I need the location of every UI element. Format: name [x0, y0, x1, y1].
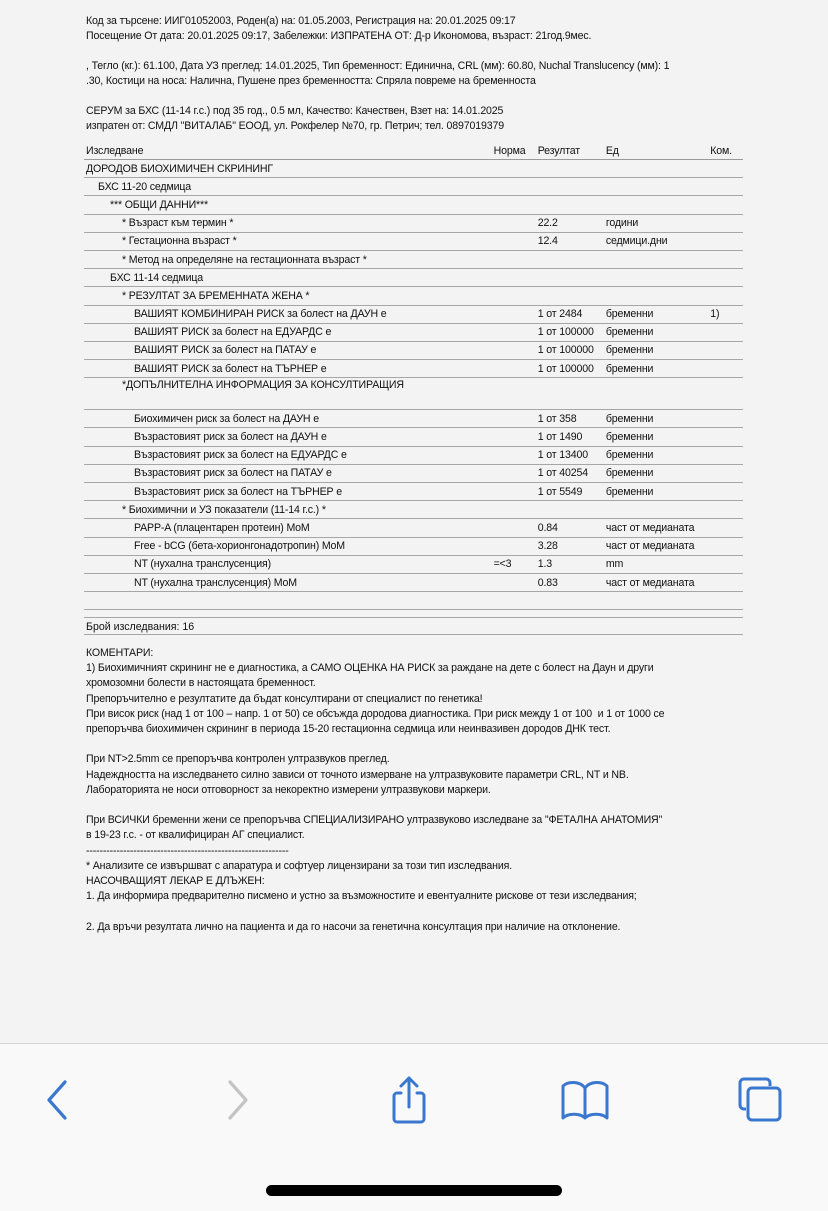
- cell-result: 0.83: [536, 573, 604, 591]
- table-row: ВАШИЯТ КОМБИНИРАН РИСК за болест на ДАУН…: [84, 305, 743, 323]
- cell-norm: [492, 446, 536, 464]
- cell-unit: бременни: [604, 341, 708, 359]
- cell-norm: [492, 428, 536, 446]
- results-table: Изследване Норма Резултат Ед Ком. ДОРОДО…: [84, 142, 743, 610]
- table-row: Възрастовият риск за болест на ДАУН е1 о…: [84, 428, 743, 446]
- comments-section: КОМЕНТАРИ:1) Биохимичният скрининг не е …: [86, 646, 664, 935]
- chevron-right-icon: [222, 1079, 252, 1121]
- table-row: NT (нухална транслусенция) MoM0.83част о…: [84, 573, 743, 591]
- cell-norm: [492, 464, 536, 482]
- cell-result: [536, 196, 604, 214]
- cell-test-name: Възрастовият риск за болест на ПАТАУ е: [84, 464, 492, 482]
- cell-unit: [604, 160, 708, 178]
- cell-norm: [492, 378, 536, 410]
- table-row: Възрастовият риск за болест на ЕДУАРДС е…: [84, 446, 743, 464]
- cell-unit: [604, 501, 708, 519]
- cell-norm: [492, 269, 536, 287]
- cell-test-name: * Гестационна възраст *: [84, 232, 492, 250]
- cell-test-name: ВАШИЯТ РИСК за болест на ПАТАУ е: [84, 341, 492, 359]
- cell-norm: [492, 250, 536, 268]
- forward-button[interactable]: [207, 1074, 267, 1126]
- share-button[interactable]: [379, 1074, 439, 1126]
- cell-unit: част от медианата: [604, 537, 708, 555]
- table-row: ВАШИЯТ РИСК за болест на ПАТАУ е1 от 100…: [84, 341, 743, 359]
- cell-result: 1 от 40254: [536, 464, 604, 482]
- cell-unit: [604, 178, 708, 196]
- cell-norm: [492, 341, 536, 359]
- cell-comment: [708, 555, 743, 573]
- table-header-row: Изследване Норма Резултат Ед Ком.: [84, 142, 743, 160]
- comment-line: 1) Биохимичният скрининг не е диагностик…: [86, 661, 664, 676]
- share-icon: [387, 1075, 431, 1125]
- cell-test-name: Възрастовият риск за болест на ЕДУАРДС е: [84, 446, 492, 464]
- cell-comment: [708, 464, 743, 482]
- cell-norm: [492, 305, 536, 323]
- header-ultrasound-line-cont: .30, Костици на носа: Налична, Пушене пр…: [86, 74, 536, 89]
- cell-comment: [708, 446, 743, 464]
- cell-result: [536, 250, 604, 268]
- cell-unit: бременни: [604, 305, 708, 323]
- cell-result: [536, 287, 604, 305]
- cell-norm: [492, 360, 536, 378]
- table-row: * РЕЗУЛТАТ ЗА БРЕМЕННАТА ЖЕНА *: [84, 287, 743, 305]
- cell-comment: [708, 501, 743, 519]
- cell-unit: бременни: [604, 464, 708, 482]
- cell-comment: [708, 160, 743, 178]
- comment-line: При висок риск (над 1 от 100 – напр. 1 о…: [86, 707, 664, 722]
- table-row: PAPP-A (плацентарен протеин) MoM0.84част…: [84, 519, 743, 537]
- cell-unit: бременни: [604, 446, 708, 464]
- cell-norm: [492, 573, 536, 591]
- cell-test-name: * Метод на определяне на гестационната в…: [84, 250, 492, 268]
- cell-comment: [708, 519, 743, 537]
- cell-unit: седмици.дни: [604, 232, 708, 250]
- cell-norm: [492, 196, 536, 214]
- cell-result: 1 от 358: [536, 410, 604, 428]
- comment-line: 1. Да информира предварително писмено и …: [86, 889, 664, 904]
- comment-line: ----------------------------------------…: [86, 844, 664, 859]
- cell-test-name: ВАШИЯТ КОМБИНИРАН РИСК за болест на ДАУН…: [84, 305, 492, 323]
- comment-line: При ВСИЧКИ бременни жени се препоръчва С…: [86, 813, 664, 828]
- cell-result: 1 от 100000: [536, 323, 604, 341]
- cell-test-name: Free - bCG (бета-хорионгонадотропин) MoM: [84, 537, 492, 555]
- cell-comment: [708, 196, 743, 214]
- tabs-icon: [736, 1077, 784, 1123]
- cell-norm: [492, 160, 536, 178]
- header-ultrasound-line: , Тегло (кг.): 61.100, Дата УЗ преглед: …: [86, 59, 669, 74]
- cell-comment: [708, 323, 743, 341]
- comment-line: [86, 798, 664, 813]
- cell-norm: [492, 501, 536, 519]
- cell-norm: [492, 483, 536, 501]
- comment-line: хромозомни болести в настоящата бременно…: [86, 676, 664, 691]
- cell-unit: [604, 250, 708, 268]
- table-row: Free - bCG (бета-хорионгонадотропин) MoM…: [84, 537, 743, 555]
- cell-result: 1 от 13400: [536, 446, 604, 464]
- comment-line: * Анализите се извършват с апаратура и с…: [86, 859, 664, 874]
- cell-result: 1 от 100000: [536, 341, 604, 359]
- cell-unit: [604, 287, 708, 305]
- comment-line: [86, 904, 664, 919]
- cell-test-name: ВАШИЯТ РИСК за болест на ЕДУАРДС е: [84, 323, 492, 341]
- cell-norm: [492, 537, 536, 555]
- bookmarks-button[interactable]: [555, 1074, 615, 1126]
- sample-info-line: СЕРУМ за БХС (11-14 г.с.) под 35 год., 0…: [86, 104, 503, 119]
- cell-result: 1 от 1490: [536, 428, 604, 446]
- table-row: * Биохимични и УЗ показатели (11-14 г.с.…: [84, 501, 743, 519]
- cell-norm: [492, 232, 536, 250]
- cell-unit: бременни: [604, 323, 708, 341]
- table-row: * Гестационна възраст *12.4седмици.дни: [84, 232, 743, 250]
- comment-line: Препоръчително е резултатите да бъдат ко…: [86, 692, 664, 707]
- cell-test-name: ДОРОДОВ БИОХИМИЧЕН СКРИНИНГ: [84, 160, 492, 178]
- cell-test-name: * РЕЗУЛТАТ ЗА БРЕМЕННАТА ЖЕНА *: [84, 287, 492, 305]
- table-row: БХС 11-20 седмица: [84, 178, 743, 196]
- table-row: *ДОПЪЛНИТЕЛНА ИНФОРМАЦИЯ ЗА КОНСУЛТИРАЩИ…: [84, 378, 743, 410]
- tabs-button[interactable]: [730, 1074, 790, 1126]
- table-row: * Възраст към термин *22.2години: [84, 214, 743, 232]
- test-count: Брой изследвания: 16: [84, 617, 743, 635]
- cell-unit: [604, 269, 708, 287]
- cell-norm: [492, 410, 536, 428]
- table-row: Биохимичен риск за болест на ДАУН е1 от …: [84, 410, 743, 428]
- cell-test-name: *** ОБЩИ ДАННИ***: [84, 196, 492, 214]
- chevron-left-icon: [43, 1079, 73, 1121]
- table-row: ВАШИЯТ РИСК за болест на ТЪРНЕР е1 от 10…: [84, 360, 743, 378]
- table-row-empty: [84, 592, 743, 610]
- cell-comment: [708, 537, 743, 555]
- results-table-body: ДОРОДОВ БИОХИМИЧЕН СКРИНИНГБХС 11-20 сед…: [84, 160, 743, 610]
- cell-result: 1 от 100000: [536, 360, 604, 378]
- cell-unit: [604, 196, 708, 214]
- table-row: Възрастовият риск за болест на ПАТАУ е1 …: [84, 464, 743, 482]
- sender-info-line: изпратен от: СМДЛ "ВИТАЛАБ" ЕООД, ул. Ро…: [86, 119, 504, 134]
- book-icon: [560, 1079, 610, 1121]
- col-header-norm: Норма: [492, 142, 536, 160]
- cell-norm: [492, 519, 536, 537]
- table-row: ДОРОДОВ БИОХИМИЧЕН СКРИНИНГ: [84, 160, 743, 178]
- cell-comment: [708, 250, 743, 268]
- cell-comment: [708, 378, 743, 410]
- cell-test-name: NT (нухална транслусенция): [84, 555, 492, 573]
- col-header-comment: Ком.: [708, 142, 743, 160]
- empty-cell: [84, 592, 743, 610]
- cell-unit: бременни: [604, 428, 708, 446]
- cell-comment: [708, 410, 743, 428]
- table-row: NT (нухална транслусенция)=<31.3mm: [84, 555, 743, 573]
- cell-comment: 1): [708, 305, 743, 323]
- cell-test-name: Възрастовият риск за болест на ДАУН е: [84, 428, 492, 446]
- col-header-unit: Ед: [604, 142, 708, 160]
- cell-test-name: * Възраст към термин *: [84, 214, 492, 232]
- col-header-result: Резултат: [536, 142, 604, 160]
- back-button[interactable]: [28, 1074, 88, 1126]
- cell-norm: [492, 323, 536, 341]
- cell-result: [536, 378, 604, 410]
- table-row: *** ОБЩИ ДАННИ***: [84, 196, 743, 214]
- cell-result: [536, 178, 604, 196]
- cell-result: [536, 160, 604, 178]
- cell-comment: [708, 360, 743, 378]
- comment-line: Лабораторията не носи отговорност за нек…: [86, 783, 664, 798]
- col-header-test: Изследване: [84, 142, 492, 160]
- comment-line: КОМЕНТАРИ:: [86, 646, 664, 661]
- comment-line: препоръчва биохимичен скрининг в периода…: [86, 722, 664, 737]
- cell-comment: [708, 573, 743, 591]
- cell-result: 0.84: [536, 519, 604, 537]
- cell-result: 1.3: [536, 555, 604, 573]
- cell-norm: [492, 287, 536, 305]
- cell-result: [536, 269, 604, 287]
- cell-result: 1 от 5549: [536, 483, 604, 501]
- cell-result: [536, 501, 604, 519]
- table-row: * Метод на определяне на гестационната в…: [84, 250, 743, 268]
- cell-norm: [492, 178, 536, 196]
- cell-test-name: NT (нухална транслусенция) MoM: [84, 573, 492, 591]
- document-page: Код за търсене: ИИГ01052003, Роден(а) на…: [0, 0, 828, 1043]
- comment-line: Надеждността на изследването силно завис…: [86, 768, 664, 783]
- home-indicator[interactable]: [266, 1185, 562, 1196]
- comment-line: 2. Да връчи резултата лично на пациента …: [86, 920, 664, 935]
- cell-result: 22.2: [536, 214, 604, 232]
- cell-comment: [708, 341, 743, 359]
- cell-test-name: Възрастовият риск за болест на ТЪРНЕР е: [84, 483, 492, 501]
- header-search-code-line: Код за търсене: ИИГ01052003, Роден(а) на…: [86, 14, 516, 29]
- cell-result: 1 от 2484: [536, 305, 604, 323]
- cell-test-name: PAPP-A (плацентарен протеин) MoM: [84, 519, 492, 537]
- cell-comment: [708, 178, 743, 196]
- comment-line: При NT>2.5mm се препоръчва контролен улт…: [86, 752, 664, 767]
- cell-test-name: Биохимичен риск за болест на ДАУН е: [84, 410, 492, 428]
- cell-comment: [708, 232, 743, 250]
- cell-norm: [492, 214, 536, 232]
- cell-test-name: ВАШИЯТ РИСК за болест на ТЪРНЕР е: [84, 360, 492, 378]
- cell-norm: =<3: [492, 555, 536, 573]
- cell-result: 3.28: [536, 537, 604, 555]
- cell-unit: бременни: [604, 410, 708, 428]
- table-row: Възрастовият риск за болест на ТЪРНЕР е1…: [84, 483, 743, 501]
- cell-result: 12.4: [536, 232, 604, 250]
- cell-comment: [708, 269, 743, 287]
- cell-comment: [708, 214, 743, 232]
- cell-test-name: * Биохимични и УЗ показатели (11-14 г.с.…: [84, 501, 492, 519]
- comment-line: в 19-23 г.с. - от квалифициран АГ специа…: [86, 828, 664, 843]
- comment-line: [86, 737, 664, 752]
- cell-unit: част от медианата: [604, 573, 708, 591]
- cell-unit: част от медианата: [604, 519, 708, 537]
- cell-test-name: БХС 11-14 седмица: [84, 269, 492, 287]
- cell-comment: [708, 428, 743, 446]
- cell-unit: бременни: [604, 483, 708, 501]
- cell-unit: [604, 378, 708, 410]
- table-row: БХС 11-14 седмица: [84, 269, 743, 287]
- cell-unit: години: [604, 214, 708, 232]
- cell-unit: mm: [604, 555, 708, 573]
- cell-unit: бременни: [604, 360, 708, 378]
- cell-test-name: *ДОПЪЛНИТЕЛНА ИНФОРМАЦИЯ ЗА КОНСУЛТИРАЩИ…: [84, 378, 492, 410]
- header-visit-line: Посещение От дата: 20.01.2025 09:17, Заб…: [86, 29, 591, 44]
- comment-line: НАСОЧВАЩИЯТ ЛЕКАР Е ДЛЪЖЕН:: [86, 874, 664, 889]
- cell-test-name: БХС 11-20 седмица: [84, 178, 492, 196]
- cell-comment: [708, 483, 743, 501]
- cell-comment: [708, 287, 743, 305]
- table-row: ВАШИЯТ РИСК за болест на ЕДУАРДС е1 от 1…: [84, 323, 743, 341]
